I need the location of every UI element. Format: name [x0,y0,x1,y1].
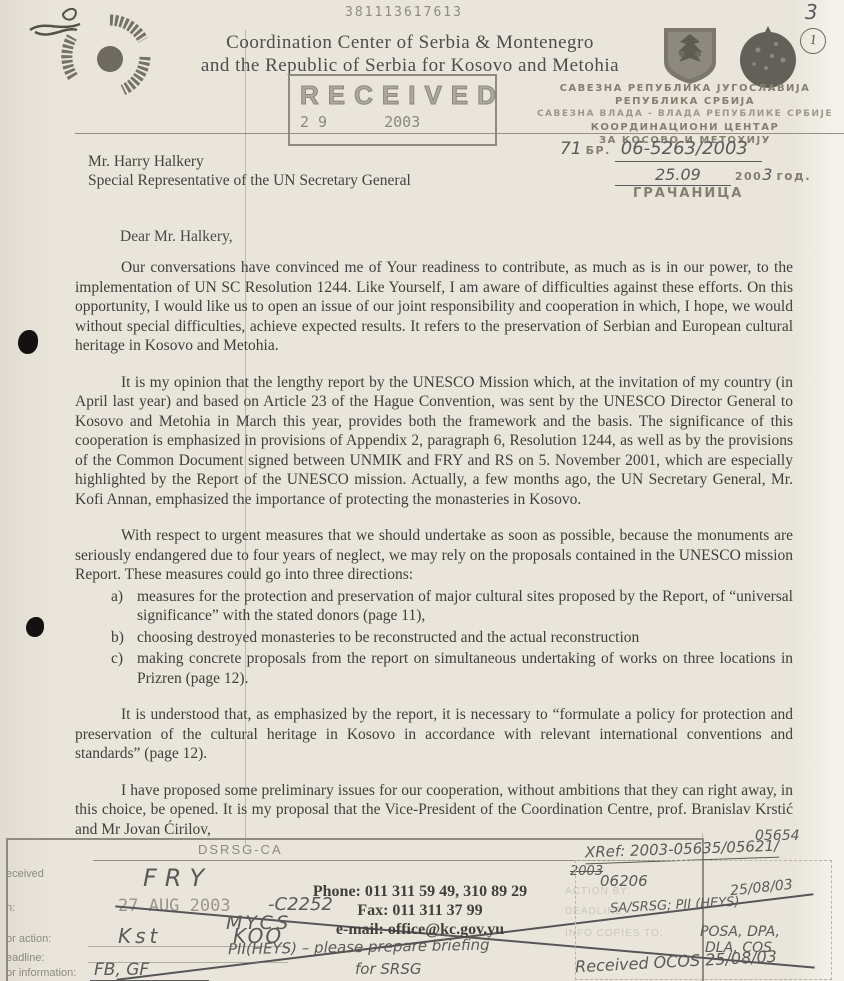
routing-label-deadline: eadline: [6,952,45,964]
contact-block: Phone: 011 311 59 49, 310 89 29 Fax: 011… [275,882,565,939]
salutation: Dear Mr. Halkery, [120,228,233,246]
scanned-letter-page: 381113617613 3 1 Coordination Center of … [0,0,844,981]
paragraph-3: With respect to urgent measures that we … [75,526,793,585]
recipient-name: Mr. Harry Halkery [88,152,411,171]
corner-page-number: 3 [805,0,818,24]
list-item-text: choosing destroyed monasteries to be rec… [137,629,639,646]
routing-label-info: or information: [6,967,76,979]
paragraph-4: It is understood that, as emphasized by … [75,705,793,764]
year-printed: 200 [735,170,762,183]
list-item-label: a) [111,587,123,607]
list-item: c)making concrete proposals from the rep… [137,649,793,688]
routing-value-info: FB, GF [90,960,209,981]
list-item-label: c) [111,649,123,669]
round-emblem-icon [736,24,800,90]
paragraph-5: I have proposed some preliminary issues … [75,781,793,840]
org-title-line1: Coordination Center of Serbia & Monteneg… [150,32,670,54]
date-place-block: 25.09 2003 год. ГРАЧАНИЦА [615,165,835,200]
cyrillic-stamp-line: САВЕЗНА РЕПУБЛИКА ЈУГОСЛАВИЈА [530,82,840,95]
received-stamp: RECEIVED 2 9 2003 ------------------- [288,74,497,146]
fax-line: Fax: 011 311 37 99 [275,901,565,920]
phone-line: Phone: 011 311 59 49, 310 89 29 [275,882,565,901]
paragraph-2: It is my opinion that the lengthy report… [75,373,793,510]
reference-number: 71 БР. 06-5263/2003 [560,138,762,159]
punch-hole [18,330,38,354]
received-stamp-dashes: ------------------- [300,137,485,152]
routing-label-on: n: [6,902,15,914]
date-handwritten: 25.09 [615,165,731,186]
letter-body: Our conversations have convinced me of Y… [75,258,793,856]
received-stamp-year: 2003 [384,113,420,131]
routing-label-received: eceived [6,868,44,880]
received-stamp-day: 2 9 [300,113,327,131]
list-item: b)choosing destroyed monasteries to be r… [137,628,793,648]
serbia-coat-of-arms-icon [658,24,722,86]
cyrillic-stamp-line: КООРДИНАЦИОНИ ЦЕНТАР [530,121,840,134]
measures-list: a)measures for the protection and preser… [75,587,793,689]
circled-copy-number: 1 [798,26,827,55]
note-pii-briefing-2: for SRSG [355,960,421,978]
cyrillic-stamp-line: РЕПУБЛИКА СРБИЈА [530,95,840,108]
routing-label-action: or action: [6,933,51,945]
ref-value: 06-5263/2003 [615,138,762,162]
list-item-text: making concrete proposals from the repor… [137,650,793,687]
place-name: ГРАЧАНИЦА [633,187,835,200]
list-item-label: b) [111,628,124,648]
routing-stamp-header: DSRSG-CA [198,842,283,857]
cyrillic-stamp-line: САВЕЗНА ВЛАДА - ВЛАДА РЕПУБЛИКЕ СРБИЈЕ [530,108,840,121]
routing-date-stamp: 27 AUG 2003 [118,896,231,916]
year-label: год. [776,169,811,183]
faint-stamp-box [575,860,832,980]
note-mycs: MYCS [226,912,291,934]
recipient-title: Special Representative of the UN Secreta… [88,171,411,190]
ref-label: БР. [586,144,611,157]
ref-prefix: 71 [560,139,582,159]
received-stamp-title: RECEIVED [300,80,485,111]
list-item: a)measures for the protection and preser… [137,587,793,626]
punch-hole [26,617,44,637]
serial-number: 381113617613 [345,5,463,20]
paragraph-1: Our conversations have convinced me of Y… [75,258,793,356]
list-item-text: measures for the protection and preserva… [137,588,793,625]
recipient-block: Mr. Harry Halkery Special Representative… [88,152,411,190]
year-handwritten: 3 [762,165,772,184]
routing-value-received: FRY [143,864,212,892]
